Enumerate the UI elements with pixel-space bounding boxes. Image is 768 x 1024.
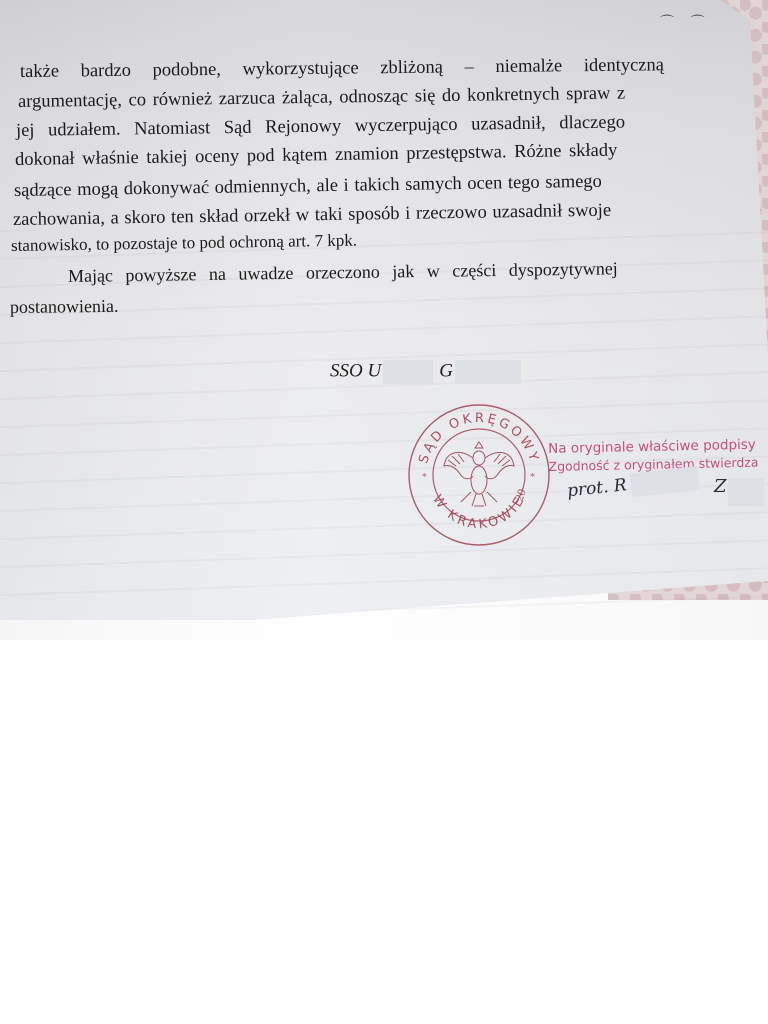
handwritten-prefix: prot. R [566,475,627,501]
eagle-emblem-icon: SĄD OKRĘGOWY W KRAKOWIE * * 20 [404,400,554,550]
paragraph2-line-2: postanowienia. [10,296,119,318]
court-seal-stamp: SĄD OKRĘGOWY W KRAKOWIE * * 20 [404,400,554,550]
photo-scene: ⌒ ⌒ także bardzo podobne, wykorzystujące… [0,0,768,1024]
staple-marks: ⌒ ⌒ [660,12,710,32]
judge-signature: SSO UG [330,360,521,384]
redaction-box [728,478,764,506]
handwritten-initial: Z [714,476,727,497]
judge-title: SSO U [330,360,381,381]
redaction-box [455,360,521,384]
svg-text:SĄD OKRĘGOWY: SĄD OKRĘGOWY [416,411,541,466]
redaction-box [383,360,433,384]
svg-text:*: * [530,472,535,483]
svg-text:*: * [422,472,427,483]
judge-initial: G [439,360,453,381]
